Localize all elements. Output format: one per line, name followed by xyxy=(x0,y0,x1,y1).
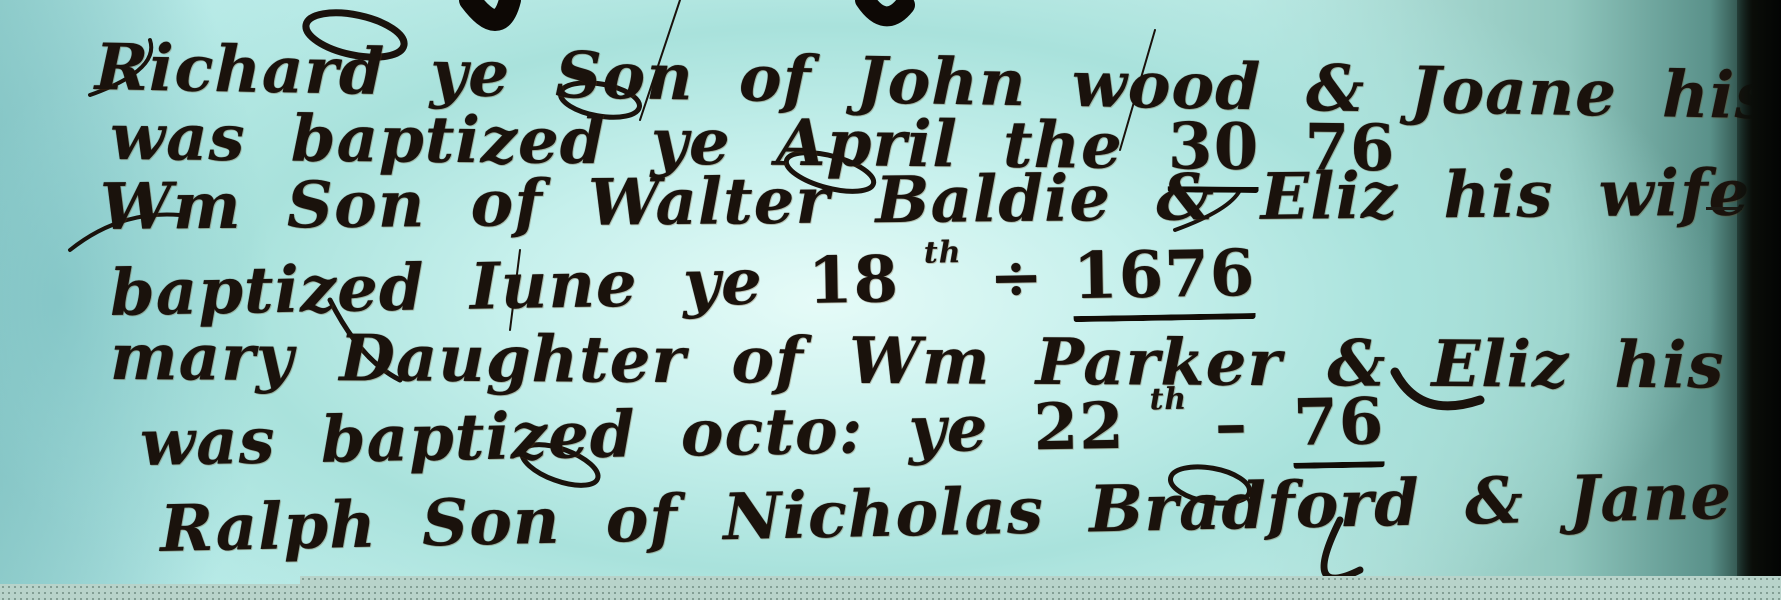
word: Wm xyxy=(100,169,242,245)
baptism-day: 22 xyxy=(1033,389,1125,466)
word: his xyxy=(1614,328,1724,404)
word: octo: xyxy=(680,393,864,471)
bottom-border-strip xyxy=(0,584,1781,600)
word: Daughter xyxy=(339,321,686,398)
word: of xyxy=(605,481,679,557)
word: Richard xyxy=(94,30,385,110)
separator: ÷ xyxy=(989,240,1045,316)
word: Eliz xyxy=(1431,327,1569,403)
baptism-year: 1676 xyxy=(1073,236,1257,322)
word: Son xyxy=(421,484,561,562)
word: his xyxy=(1443,157,1554,233)
word: Baldie xyxy=(875,161,1111,238)
word: of xyxy=(470,166,543,242)
baptism-year: 76 xyxy=(1293,384,1385,469)
word: Joane xyxy=(1410,53,1618,132)
word: ye xyxy=(430,36,511,112)
word: of xyxy=(731,323,804,398)
register-line-3: Wm Son of Walter Baldie & Eliz his wife … xyxy=(100,154,1781,245)
word: & xyxy=(1156,160,1215,236)
binding-shadow xyxy=(1737,0,1781,600)
word: Bradford xyxy=(1088,466,1420,548)
word: Son xyxy=(287,167,426,243)
word: wife xyxy=(1598,156,1750,232)
separator: – xyxy=(1214,387,1248,463)
manuscript-page: Richard ye Son of John wood & Joane his … xyxy=(0,0,1781,600)
word: Eliz xyxy=(1260,159,1398,235)
ordinal-suffix: th xyxy=(1149,382,1187,418)
word: baptized xyxy=(109,251,425,331)
word: Jane xyxy=(1568,459,1733,537)
word: ye xyxy=(682,245,763,321)
bottom-border-strip xyxy=(300,576,1781,584)
word: ye xyxy=(908,391,989,467)
word: & xyxy=(1464,463,1524,539)
ordinal-suffix: th xyxy=(924,235,962,271)
word: Ralph xyxy=(159,487,377,567)
word: Walter xyxy=(588,164,831,241)
word: was xyxy=(139,404,276,481)
word: was xyxy=(110,100,246,176)
word: mary xyxy=(110,320,294,396)
word: baptized xyxy=(320,397,636,477)
word: Nicholas xyxy=(722,473,1044,555)
word: Iune xyxy=(469,247,638,325)
baptism-day: 18 xyxy=(807,242,899,319)
